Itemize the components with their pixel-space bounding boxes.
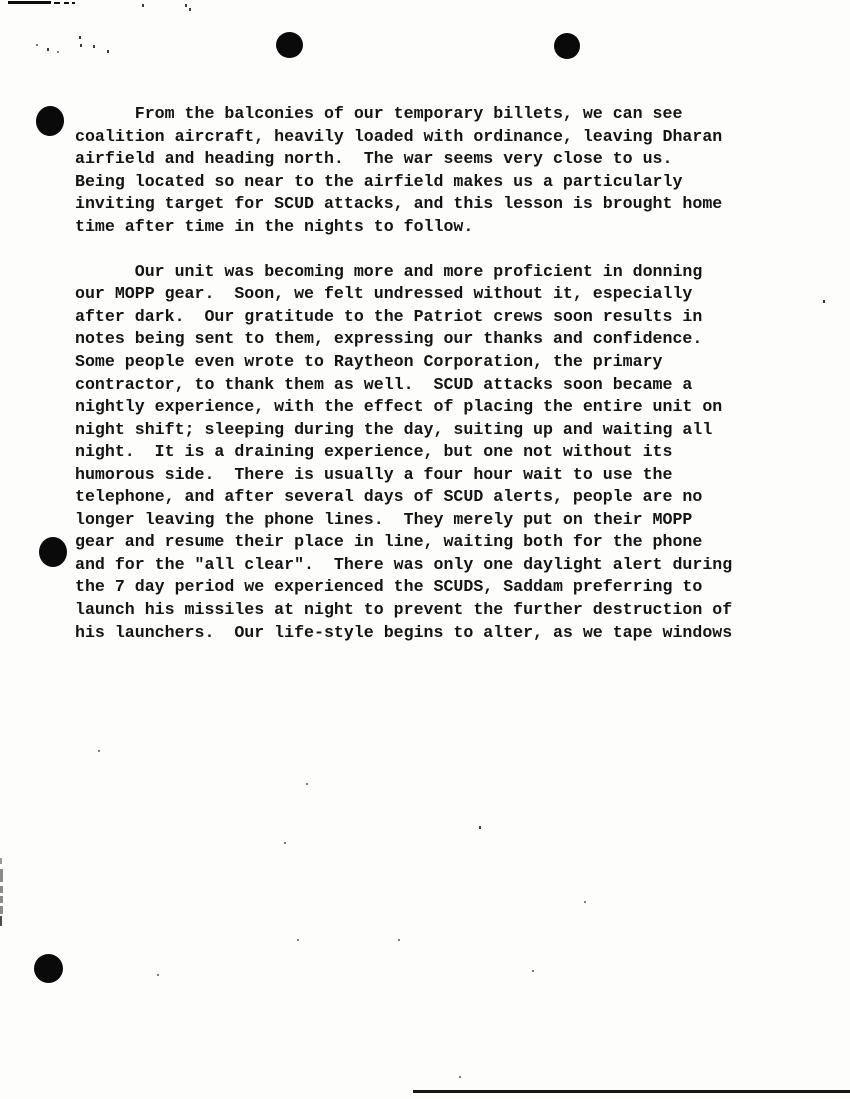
scan-speck (823, 300, 825, 303)
paragraph-1: From the balconies of our temporary bill… (75, 103, 775, 238)
scan-edge-dash (54, 2, 60, 4)
scan-edge-dash (0, 916, 2, 926)
hole-punch-mark (39, 537, 67, 567)
scan-edge-dash (0, 886, 3, 893)
scan-speck (297, 939, 299, 941)
hole-punch-mark (34, 954, 63, 983)
paragraph-2: Our unit was becoming more and more prof… (75, 261, 775, 644)
scan-speck (306, 783, 308, 785)
scan-speck (80, 44, 82, 47)
scan-speck (185, 4, 187, 7)
document-body: From the balconies of our temporary bill… (75, 103, 775, 644)
scan-speck (36, 44, 38, 46)
scan-edge-dash (64, 2, 69, 4)
scan-speck (459, 1076, 461, 1078)
scan-speck (189, 8, 191, 11)
hole-punch-mark (34, 104, 66, 138)
scan-speck (284, 842, 286, 844)
scan-speck (157, 974, 159, 976)
scan-speck (398, 939, 400, 941)
scan-edge-dash (0, 869, 3, 882)
scan-speck (584, 901, 586, 903)
scan-speck (93, 45, 95, 48)
hole-punch-mark (554, 33, 580, 59)
scan-speck (107, 50, 109, 53)
scanned-document-page: From the balconies of our temporary bill… (0, 0, 850, 1099)
scan-speck (142, 4, 144, 7)
scan-edge-dash (0, 858, 2, 864)
scan-edge-dash (0, 896, 3, 903)
scan-edge-dash (72, 2, 75, 4)
scan-edge-line (8, 1, 51, 4)
scan-speck (479, 826, 481, 829)
scan-speck (47, 48, 49, 51)
hole-punch-mark (276, 32, 303, 58)
scan-speck (79, 36, 81, 39)
scan-speck (98, 750, 100, 752)
scan-edge-line (413, 1090, 850, 1093)
scan-speck (57, 51, 59, 53)
scan-edge-dash (0, 906, 3, 914)
scan-speck (532, 970, 534, 972)
